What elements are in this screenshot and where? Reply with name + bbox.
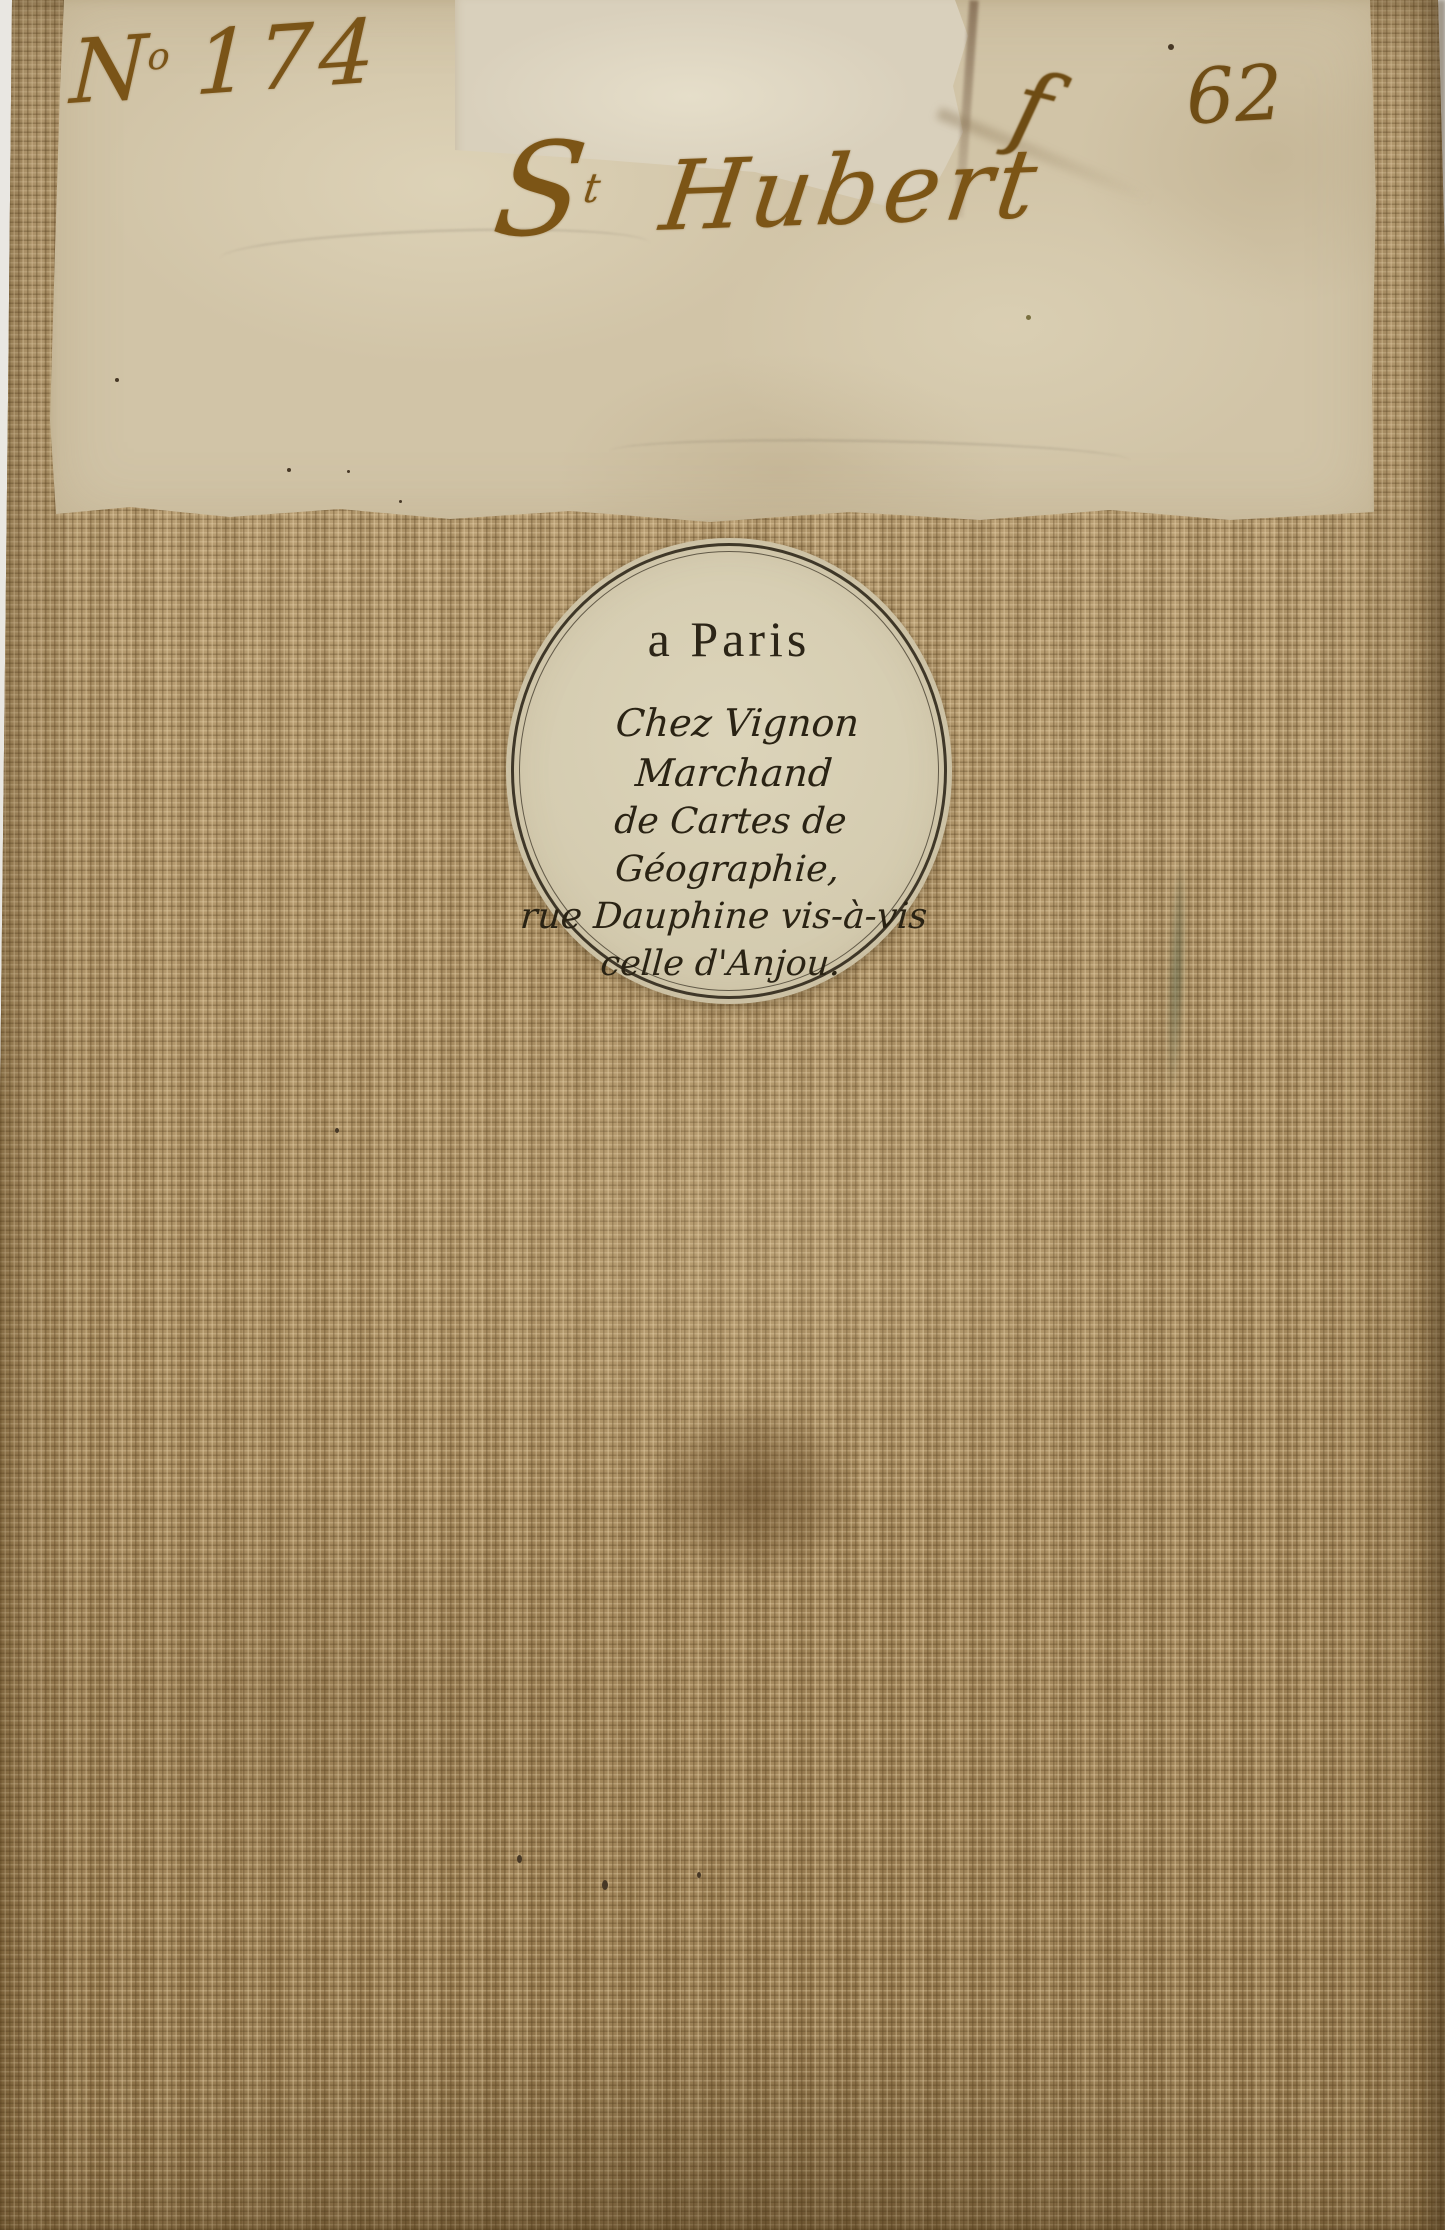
label-speck [1026, 315, 1031, 320]
faint-crease [610, 435, 1130, 476]
title-handwriting: StHubert [486, 98, 1053, 267]
right-edge-shadow [1419, 0, 1445, 2230]
canvas-speck [335, 1128, 339, 1133]
inventory-prefix: N [69, 15, 149, 124]
ticket-line-street: rue Dauphine vis-à-vis [499, 893, 948, 941]
photograph-map-back-cover: No174 f 62 StHubert a Paris Chez Vignon … [0, 0, 1445, 2230]
title-name: Hubert [655, 127, 1049, 253]
canvas-speck [517, 1855, 522, 1863]
label-speck [399, 500, 402, 503]
ticket-line-merchant: Chez Vignon Marchand [509, 698, 962, 798]
brown-stain [612, 1372, 892, 1612]
inventory-superscript: o [147, 34, 171, 79]
label-speck [115, 378, 119, 382]
ticket-line-trade: de Cartes de Géographie, [502, 798, 955, 893]
inventory-digits: 174 [194, 0, 383, 115]
ticket-address-lines: Chez Vignon Marchand de Cartes de Géogra… [496, 698, 962, 987]
ticket-text: a Paris Chez Vignon Marchand de Cartes d… [506, 538, 952, 1004]
ticket-city-line: a Paris [506, 610, 952, 668]
canvas-speck [697, 1872, 701, 1878]
label-speck [1168, 44, 1174, 50]
shelf-number-handwriting: 62 [1184, 48, 1285, 142]
canvas-speck [602, 1880, 608, 1890]
label-speck [347, 470, 350, 473]
label-speck [287, 468, 291, 472]
bookseller-ticket: a Paris Chez Vignon Marchand de Cartes d… [506, 538, 952, 1004]
ticket-line-landmark: celle d'Anjou. [496, 941, 945, 987]
